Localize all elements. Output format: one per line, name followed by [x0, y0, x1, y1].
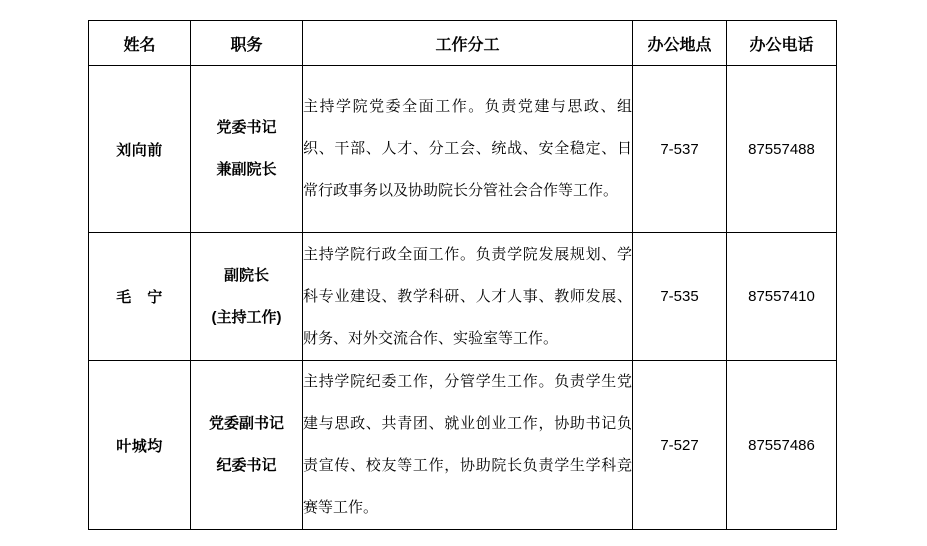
table-row: 刘向前 党委书记 兼副院长 主持学院党委全面工作。负责党建与思政、组织、干部、人… [89, 66, 837, 233]
header-cell-name: 姓名 [89, 21, 191, 66]
duties-cell: 主持学院党委全面工作。负责党建与思政、组织、干部、人才、分工会、统战、安全稳定、… [303, 66, 633, 233]
table-container: 姓名 职务 工作分工 办公地点 办公电话 刘向前 党委书记 兼副院长 主持学院党… [88, 20, 837, 530]
position-line: 党委书记 [191, 107, 302, 149]
table-row: 毛 宁 副院长 (主持工作) 主持学院行政全面工作。负责学院发展规划、学科专业建… [89, 233, 837, 361]
name-cell: 叶城均 [89, 361, 191, 530]
header-row: 姓名 职务 工作分工 办公地点 办公电话 [89, 21, 837, 66]
page: 姓名 职务 工作分工 办公地点 办公电话 刘向前 党委书记 兼副院长 主持学院党… [0, 0, 927, 546]
position-cell: 党委书记 兼副院长 [191, 66, 303, 233]
name-cell: 刘向前 [89, 66, 191, 233]
position-line: 兼副院长 [191, 149, 302, 191]
office-cell: 7-535 [633, 233, 727, 361]
position-cell: 副院长 (主持工作) [191, 233, 303, 361]
duties-cell: 主持学院纪委工作，分管学生工作。负责学生党建与思政、共青团、就业创业工作，协助书… [303, 361, 633, 530]
header-cell-position: 职务 [191, 21, 303, 66]
duties-cell: 主持学院行政全面工作。负责学院发展规划、学科专业建设、教学科研、人才人事、教师发… [303, 233, 633, 361]
phone-cell: 87557488 [727, 66, 837, 233]
position-line: 纪委书记 [191, 445, 302, 487]
phone-cell: 87557486 [727, 361, 837, 530]
staff-table: 姓名 职务 工作分工 办公地点 办公电话 刘向前 党委书记 兼副院长 主持学院党… [88, 20, 837, 530]
office-cell: 7-537 [633, 66, 727, 233]
position-line: 党委副书记 [191, 403, 302, 445]
name-cell: 毛 宁 [89, 233, 191, 361]
header-cell-phone: 办公电话 [727, 21, 837, 66]
phone-cell: 87557410 [727, 233, 837, 361]
table-row: 叶城均 党委副书记 纪委书记 主持学院纪委工作，分管学生工作。负责学生党建与思政… [89, 361, 837, 530]
position-cell: 党委副书记 纪委书记 [191, 361, 303, 530]
office-cell: 7-527 [633, 361, 727, 530]
position-line: (主持工作) [191, 297, 302, 339]
header-cell-office: 办公地点 [633, 21, 727, 66]
position-line: 副院长 [191, 255, 302, 297]
header-cell-duties: 工作分工 [303, 21, 633, 66]
